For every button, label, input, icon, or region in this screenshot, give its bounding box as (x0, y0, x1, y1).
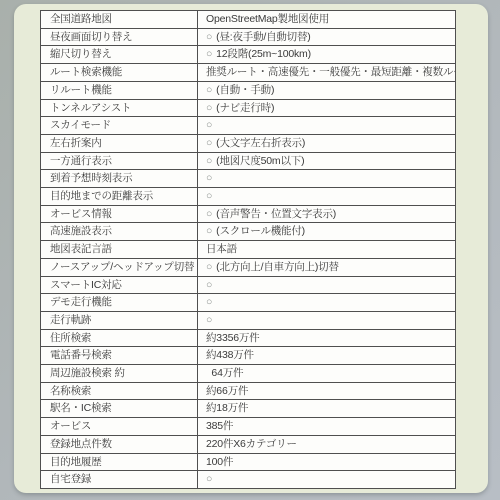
spec-value-cell: ○(昼:夜手動/自動切替) (198, 28, 456, 46)
spec-value-text: OpenStreetMap製地図使用 (206, 13, 329, 25)
feature-name-cell: 走行軌跡 (41, 311, 198, 329)
supported-circle-mark: ○ (206, 208, 212, 220)
table-row: 電話番号検索 約438万件 (41, 347, 456, 365)
spec-value-text: (スクロール機能付) (216, 225, 305, 237)
spec-value-text: 385件 (206, 420, 233, 432)
supported-circle-mark: ○ (206, 473, 212, 485)
spec-value-cell: 64万件 (198, 365, 456, 383)
supported-circle-mark: ○ (206, 296, 212, 308)
table-row: 周辺施設検索 約 64万件 (41, 365, 456, 383)
table-row: オービス情報 ○(音声警告・位置文字表示) (41, 205, 456, 223)
spec-value-text: 100件 (206, 456, 233, 468)
feature-name-cell: ルート検索機能 (41, 64, 198, 82)
spec-value-cell: ○ (198, 276, 456, 294)
table-row: ノースアップ/ヘッドアップ切替 ○(北方向上/自車方向上)切替 (41, 258, 456, 276)
spec-value-cell: 約438万件 (198, 347, 456, 365)
spec-value-cell: ○12段階(25m~100km) (198, 46, 456, 64)
spec-value-cell: ○ (198, 471, 456, 489)
feature-name-cell: リルート機能 (41, 81, 198, 99)
table-row: 名称検索 約66万件 (41, 382, 456, 400)
supported-circle-mark: ○ (206, 279, 212, 291)
spec-value-text: 12段階(25m~100km) (216, 48, 311, 60)
table-row: 駅名・IC検索 約18万件 (41, 400, 456, 418)
spec-value-text: (北方向上/自車方向上)切替 (216, 261, 339, 273)
table-row: 地図表記言語 日本語 (41, 241, 456, 259)
table-row: 自宅登録 ○ (41, 471, 456, 489)
table-row: ルート検索機能 推奨ルート・高速優先・一般優先・最短距離・複数ルート表示 (41, 64, 456, 82)
feature-name-cell: スマートIC対応 (41, 276, 198, 294)
feature-name-cell: 縮尺切り替え (41, 46, 198, 64)
table-row: 縮尺切り替え ○12段階(25m~100km) (41, 46, 456, 64)
spec-panel: 全国道路地図 OpenStreetMap製地図使用 昼夜画面切り替え ○(昼:夜… (14, 4, 488, 493)
supported-circle-mark: ○ (206, 84, 212, 96)
supported-circle-mark: ○ (206, 172, 212, 184)
feature-name-cell: 全国道路地図 (41, 11, 198, 29)
spec-value-cell: 385件 (198, 418, 456, 436)
spec-value-cell: 約3356万件 (198, 329, 456, 347)
table-row: トンネルアシスト ○(ナビ走行時) (41, 99, 456, 117)
feature-name-cell: スカイモード (41, 117, 198, 135)
spec-value-cell: ○(スクロール機能付) (198, 223, 456, 241)
supported-circle-mark: ○ (206, 137, 212, 149)
supported-circle-mark: ○ (206, 261, 212, 273)
supported-circle-mark: ○ (206, 119, 212, 131)
feature-name-cell: 目的地までの距離表示 (41, 188, 198, 206)
supported-circle-mark: ○ (206, 48, 212, 60)
feature-name-cell: 到着予想時刻表示 (41, 170, 198, 188)
feature-name-cell: 高速施設表示 (41, 223, 198, 241)
feature-name-cell: 名称検索 (41, 382, 198, 400)
feature-name-cell: デモ走行機能 (41, 294, 198, 312)
spec-value-text: 220件X6カテゴリー (206, 438, 297, 450)
spec-value-text: (昼:夜手動/自動切替) (216, 31, 310, 43)
spec-value-cell: ○ (198, 294, 456, 312)
spec-value-text: (大文字左右折表示) (216, 137, 305, 149)
feature-name-cell: 住所検索 (41, 329, 198, 347)
table-row: スカイモード ○ (41, 117, 456, 135)
feature-name-cell: 自宅登録 (41, 471, 198, 489)
spec-value-cell: ○(北方向上/自車方向上)切替 (198, 258, 456, 276)
feature-name-cell: 電話番号検索 (41, 347, 198, 365)
table-row: 一方通行表示 ○(地図尺度50m以下) (41, 152, 456, 170)
table-row: 到着予想時刻表示 ○ (41, 170, 456, 188)
table-row: スマートIC対応 ○ (41, 276, 456, 294)
feature-name-cell: 目的地履歴 (41, 453, 198, 471)
spec-value-cell: 約18万件 (198, 400, 456, 418)
supported-circle-mark: ○ (206, 190, 212, 202)
spec-value-cell: ○(ナビ走行時) (198, 99, 456, 117)
table-row: 高速施設表示 ○(スクロール機能付) (41, 223, 456, 241)
supported-circle-mark: ○ (206, 155, 212, 167)
spec-value-cell: ○ (198, 311, 456, 329)
feature-name-cell: オービス (41, 418, 198, 436)
spec-value-text: 約66万件 (206, 385, 248, 397)
spec-value-cell: ○(音声警告・位置文字表示) (198, 205, 456, 223)
table-row: デモ走行機能 ○ (41, 294, 456, 312)
spec-value-cell: ○ (198, 170, 456, 188)
spec-value-text: 約438万件 (206, 349, 254, 361)
table-row: 全国道路地図 OpenStreetMap製地図使用 (41, 11, 456, 29)
feature-name-cell: トンネルアシスト (41, 99, 198, 117)
spec-value-cell: 100件 (198, 453, 456, 471)
table-row: 目的地履歴 100件 (41, 453, 456, 471)
spec-value-text: 64万件 (206, 367, 243, 379)
spec-value-cell: ○(地図尺度50m以下) (198, 152, 456, 170)
feature-name-cell: 駅名・IC検索 (41, 400, 198, 418)
feature-name-cell: オービス情報 (41, 205, 198, 223)
feature-name-cell: 一方通行表示 (41, 152, 198, 170)
feature-name-cell: 地図表記言語 (41, 241, 198, 259)
spec-table: 全国道路地図 OpenStreetMap製地図使用 昼夜画面切り替え ○(昼:夜… (40, 10, 456, 489)
spec-value-cell: ○ (198, 188, 456, 206)
table-row: 目的地までの距離表示 ○ (41, 188, 456, 206)
supported-circle-mark: ○ (206, 31, 212, 43)
feature-name-cell: 昼夜画面切り替え (41, 28, 198, 46)
table-row: 走行軌跡 ○ (41, 311, 456, 329)
table-row: 登録地点件数 220件X6カテゴリー (41, 435, 456, 453)
feature-name-cell: 左右折案内 (41, 134, 198, 152)
spec-value-text: (自動・手動) (216, 84, 274, 96)
spec-value-text: (音声警告・位置文字表示) (216, 208, 336, 220)
table-row: 昼夜画面切り替え ○(昼:夜手動/自動切替) (41, 28, 456, 46)
feature-name-cell: ノースアップ/ヘッドアップ切替 (41, 258, 198, 276)
spec-value-text: 約3356万件 (206, 332, 259, 344)
spec-value-text: (地図尺度50m以下) (216, 155, 304, 167)
spec-value-cell: ○(大文字左右折表示) (198, 134, 456, 152)
spec-value-cell: ○(自動・手動) (198, 81, 456, 99)
table-row: リルート機能 ○(自動・手動) (41, 81, 456, 99)
spec-value-cell: 日本語 (198, 241, 456, 259)
supported-circle-mark: ○ (206, 225, 212, 237)
table-row: 住所検索 約3356万件 (41, 329, 456, 347)
spec-value-cell: 推奨ルート・高速優先・一般優先・最短距離・複数ルート表示 (198, 64, 456, 82)
feature-name-cell: 登録地点件数 (41, 435, 198, 453)
feature-name-cell: 周辺施設検索 約 (41, 365, 198, 383)
table-row: 左右折案内 ○(大文字左右折表示) (41, 134, 456, 152)
spec-value-text: 約18万件 (206, 402, 248, 414)
spec-value-cell: OpenStreetMap製地図使用 (198, 11, 456, 29)
spec-value-cell: ○ (198, 117, 456, 135)
table-row: オービス 385件 (41, 418, 456, 436)
spec-value-cell: 220件X6カテゴリー (198, 435, 456, 453)
supported-circle-mark: ○ (206, 102, 212, 114)
spec-value-cell: 約66万件 (198, 382, 456, 400)
spec-value-text: 日本語 (206, 243, 237, 255)
supported-circle-mark: ○ (206, 314, 212, 326)
spec-value-text: (ナビ走行時) (216, 102, 274, 114)
spec-value-text: 推奨ルート・高速優先・一般優先・最短距離・複数ルート表示 (206, 66, 456, 78)
